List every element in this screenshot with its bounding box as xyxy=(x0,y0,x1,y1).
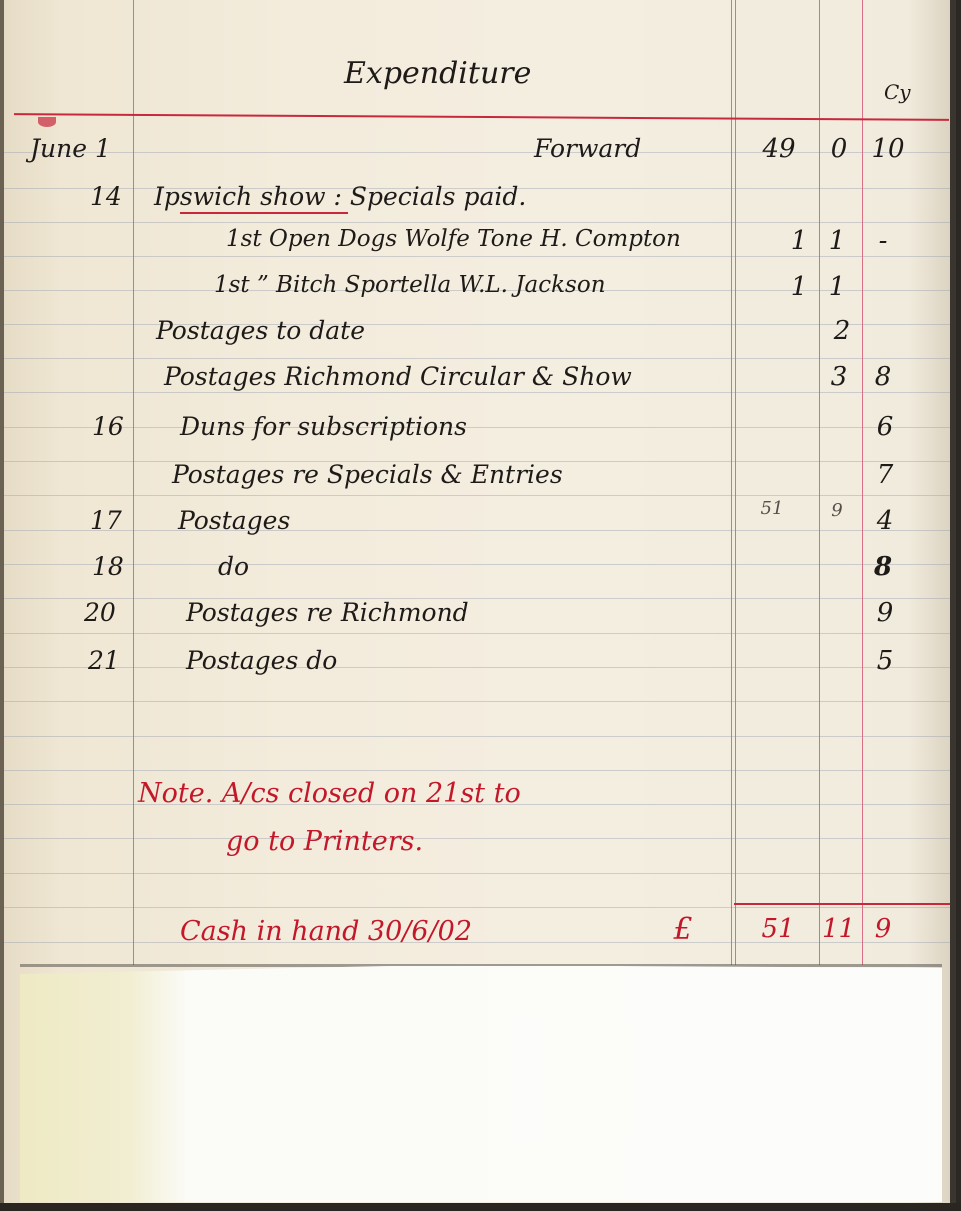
entry-description: Ipswich show : Specials paid. xyxy=(154,182,526,211)
note-line-2: go to Printers. xyxy=(226,826,423,857)
ruled-line xyxy=(4,256,956,257)
entry-shillings-pencil: 9 xyxy=(822,500,852,521)
entry-pence: 8 xyxy=(868,362,898,392)
ruled-line xyxy=(4,427,956,428)
ruled-line xyxy=(4,942,956,943)
pence-column-line xyxy=(862,0,863,965)
total-pence: 9 xyxy=(868,914,898,944)
entry-description: Postages re Specials & Entries xyxy=(172,460,563,489)
shillings-column-line xyxy=(819,0,820,965)
page-heading: Expenditure xyxy=(344,56,531,91)
ruled-line xyxy=(4,530,956,531)
entry-description: do xyxy=(218,552,249,581)
entry-date: 14 xyxy=(90,182,122,211)
ruled-line xyxy=(4,633,956,634)
entry-description: 1st ” Bitch Sportella W.L. Jackson xyxy=(214,272,606,298)
entry-date: 18 xyxy=(92,552,124,581)
entry-pence: 8 xyxy=(868,552,898,582)
entry-description: Postages do xyxy=(186,646,337,675)
entry-shillings: 0 xyxy=(824,134,854,164)
entry-pence: 10 xyxy=(868,134,908,164)
ruled-line xyxy=(4,873,956,874)
pounds-column-line xyxy=(731,0,732,965)
ruled-line xyxy=(4,222,956,223)
blank-paper-overlay xyxy=(20,966,942,1202)
ruled-line xyxy=(4,564,956,565)
entry-pounds: 1 xyxy=(784,272,814,302)
entry-pence: 5 xyxy=(870,646,900,676)
entry-description: Postages to date xyxy=(156,316,365,345)
ruled-line xyxy=(4,152,956,153)
entry-date: 17 xyxy=(90,506,122,535)
entry-pence: 9 xyxy=(870,598,900,628)
total-pounds: 51 xyxy=(748,914,808,944)
ruled-line xyxy=(4,392,956,393)
ruled-line xyxy=(4,838,956,839)
ruled-line xyxy=(4,598,956,599)
entry-description: Postages xyxy=(178,506,290,535)
entry-shillings: 2 xyxy=(822,316,862,346)
entry-pence: 4 xyxy=(870,506,900,536)
entry-shillings: 3 xyxy=(824,362,854,392)
ruled-line xyxy=(4,495,956,496)
ruled-line xyxy=(4,907,956,908)
ruled-line xyxy=(4,736,956,737)
bottom-edge xyxy=(0,1203,961,1211)
entry-pence: - xyxy=(868,226,898,256)
total-shillings: 11 xyxy=(822,914,852,944)
entry-pence: 6 xyxy=(870,412,900,442)
pounds-column-line xyxy=(735,0,736,965)
entry-pounds: 49 xyxy=(749,134,809,164)
entry-shillings: 1 xyxy=(822,272,852,302)
ruled-line xyxy=(4,324,956,325)
margin-line xyxy=(133,0,134,965)
entry-date: 20 xyxy=(84,598,116,627)
ruled-line xyxy=(4,667,956,668)
entry-pounds-pencil: 51 xyxy=(752,498,792,519)
entry-pounds: 1 xyxy=(784,226,814,256)
total-currency: £ xyxy=(668,912,698,947)
entry-description: 1st Open Dogs Wolfe Tone H. Compton xyxy=(226,226,681,252)
entry-description: Duns for subscriptions xyxy=(180,412,467,441)
entry-date: 16 xyxy=(92,412,124,441)
entry-date: 21 xyxy=(88,646,120,675)
ruled-line xyxy=(4,358,956,359)
entry-date: June 1 xyxy=(30,134,111,163)
page-edge xyxy=(950,0,956,1211)
note-line-1: Note. A/cs closed on 21st to xyxy=(138,778,521,809)
total-rule xyxy=(734,903,950,905)
entry-pence: 7 xyxy=(870,460,900,490)
ruled-line xyxy=(4,701,956,702)
corner-mark: Cy xyxy=(884,80,911,104)
ink-blot xyxy=(38,117,56,127)
total-label: Cash in hand 30/6/02 xyxy=(180,916,472,947)
entry-description: Postages Richmond Circular & Show xyxy=(164,362,632,391)
underline xyxy=(180,212,348,214)
ruled-line xyxy=(4,770,956,771)
entry-description: Postages re Richmond xyxy=(186,598,469,627)
entry-shillings: 1 xyxy=(822,226,852,256)
header-rule xyxy=(14,113,949,121)
entry-description: Forward xyxy=(534,134,641,163)
